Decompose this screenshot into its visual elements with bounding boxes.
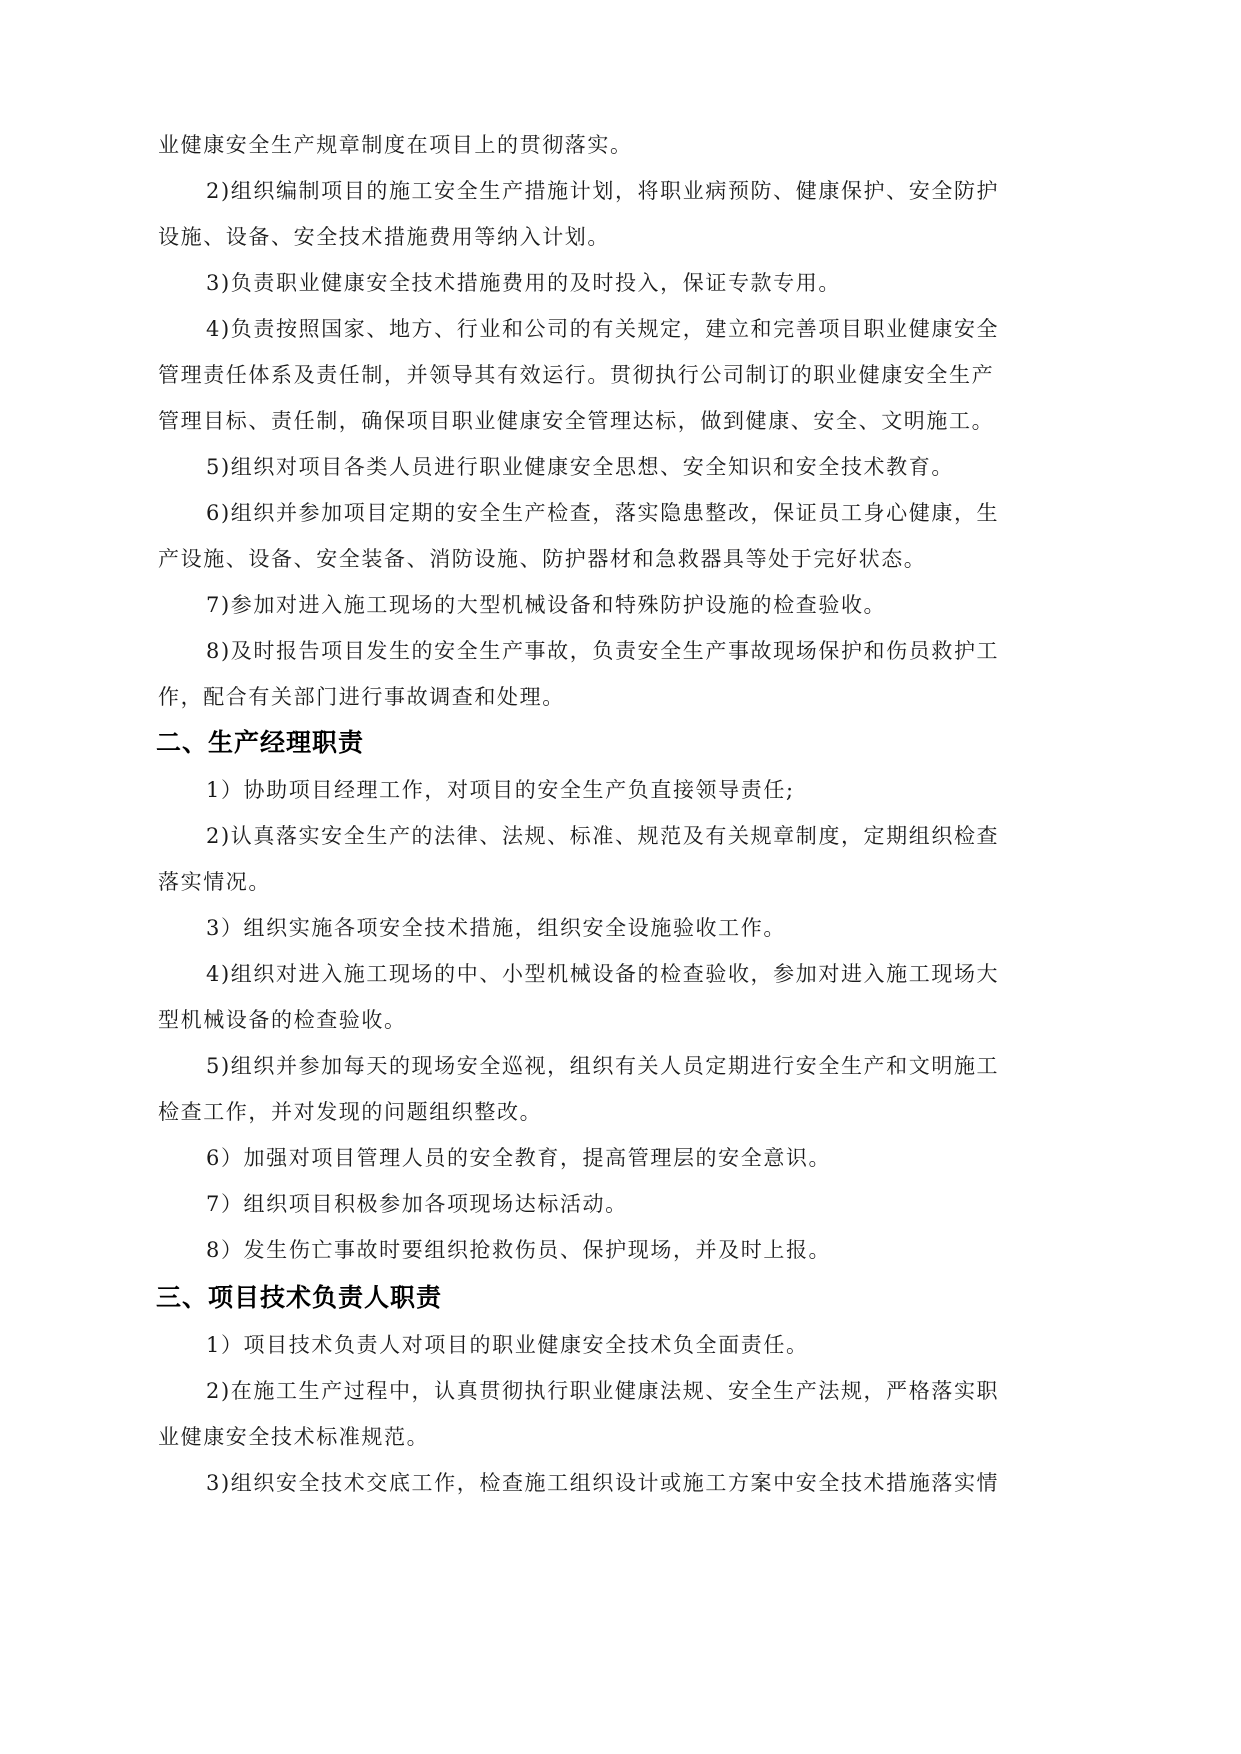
paragraph-line: 落实情况。 [158, 867, 271, 897]
list-item-1: 1）协助项目经理工作，对项目的安全生产负直接领导责任; [206, 775, 795, 805]
section-heading-technical-lead: 三、项目技术负责人职责 [156, 1282, 442, 1314]
section-heading-production-manager: 二、生产经理职责 [156, 727, 364, 759]
list-item-7: 7)参加对进入施工现场的大型机械设备和特殊防护设施的检查验收。 [206, 590, 886, 620]
list-item-2: 2)组织编制项目的施工安全生产措施计划，将职业病预防、健康保护、安全防护 [206, 176, 999, 206]
list-item-3: 3)负责职业健康安全技术措施费用的及时投入，保证专款专用。 [206, 268, 841, 298]
paragraph-line: 作，配合有关部门进行事故调查和处理。 [158, 682, 565, 712]
list-item-3: 3）组织实施各项安全技术措施，组织安全设施验收工作。 [206, 913, 786, 943]
list-item-6: 6）加强对项目管理人员的安全教育，提高管理层的安全意识。 [206, 1143, 831, 1173]
list-item-5: 5)组织对项目各类人员进行职业健康安全思想、安全知识和安全技术教育。 [206, 452, 954, 482]
paragraph-line: 设施、设备、安全技术措施费用等纳入计划。 [158, 222, 610, 252]
list-item-3: 3)组织安全技术交底工作，检查施工组织设计或施工方案中安全技术措施落实情 [206, 1468, 999, 1498]
list-item-2: 2)在施工生产过程中，认真贯彻执行职业健康法规、安全生产法规，严格落实职 [206, 1376, 999, 1406]
document-page: 业健康安全生产规章制度在项目上的贯彻落实。 2)组织编制项目的施工安全生产措施计… [0, 0, 1241, 1754]
list-item-4: 4)组织对进入施工现场的中、小型机械设备的检查验收，参加对进入施工现场大 [206, 959, 999, 989]
list-item-1: 1）项目技术负责人对项目的职业健康安全技术负全面责任。 [206, 1330, 809, 1360]
list-item-8: 8）发生伤亡事故时要组织抢救伤员、保护现场，并及时上报。 [206, 1235, 831, 1265]
paragraph-line: 型机械设备的检查验收。 [158, 1005, 407, 1035]
list-item-7: 7）组织项目积极参加各项现场达标活动。 [206, 1189, 628, 1219]
paragraph-line: 管理责任体系及责任制，并领导其有效运行。贯彻执行公司制订的职业健康安全生产 [158, 360, 994, 390]
list-item-4: 4)负责按照国家、地方、行业和公司的有关规定，建立和完善项目职业健康安全 [206, 314, 999, 344]
list-item-2: 2)认真落实安全生产的法律、法规、标准、规范及有关规章制度，定期组织检查 [206, 821, 999, 851]
paragraph-line: 检查工作，并对发现的问题组织整改。 [158, 1097, 542, 1127]
list-item-8: 8)及时报告项目发生的安全生产事故，负责安全生产事故现场保护和伤员救护工 [206, 636, 999, 666]
list-item-6: 6)组织并参加项目定期的安全生产检查，落实隐患整改，保证员工身心健康，生 [206, 498, 999, 528]
paragraph-line: 业健康安全技术标准规范。 [158, 1422, 429, 1452]
paragraph-line: 管理目标、责任制，确保项目职业健康安全管理达标，做到健康、安全、文明施工。 [158, 406, 994, 436]
paragraph-line: 业健康安全生产规章制度在项目上的贯彻落实。 [158, 130, 633, 160]
paragraph-line: 产设施、设备、安全装备、消防设施、防护器材和急救器具等处于完好状态。 [158, 544, 926, 574]
list-item-5: 5)组织并参加每天的现场安全巡视，组织有关人员定期进行安全生产和文明施工 [206, 1051, 999, 1081]
